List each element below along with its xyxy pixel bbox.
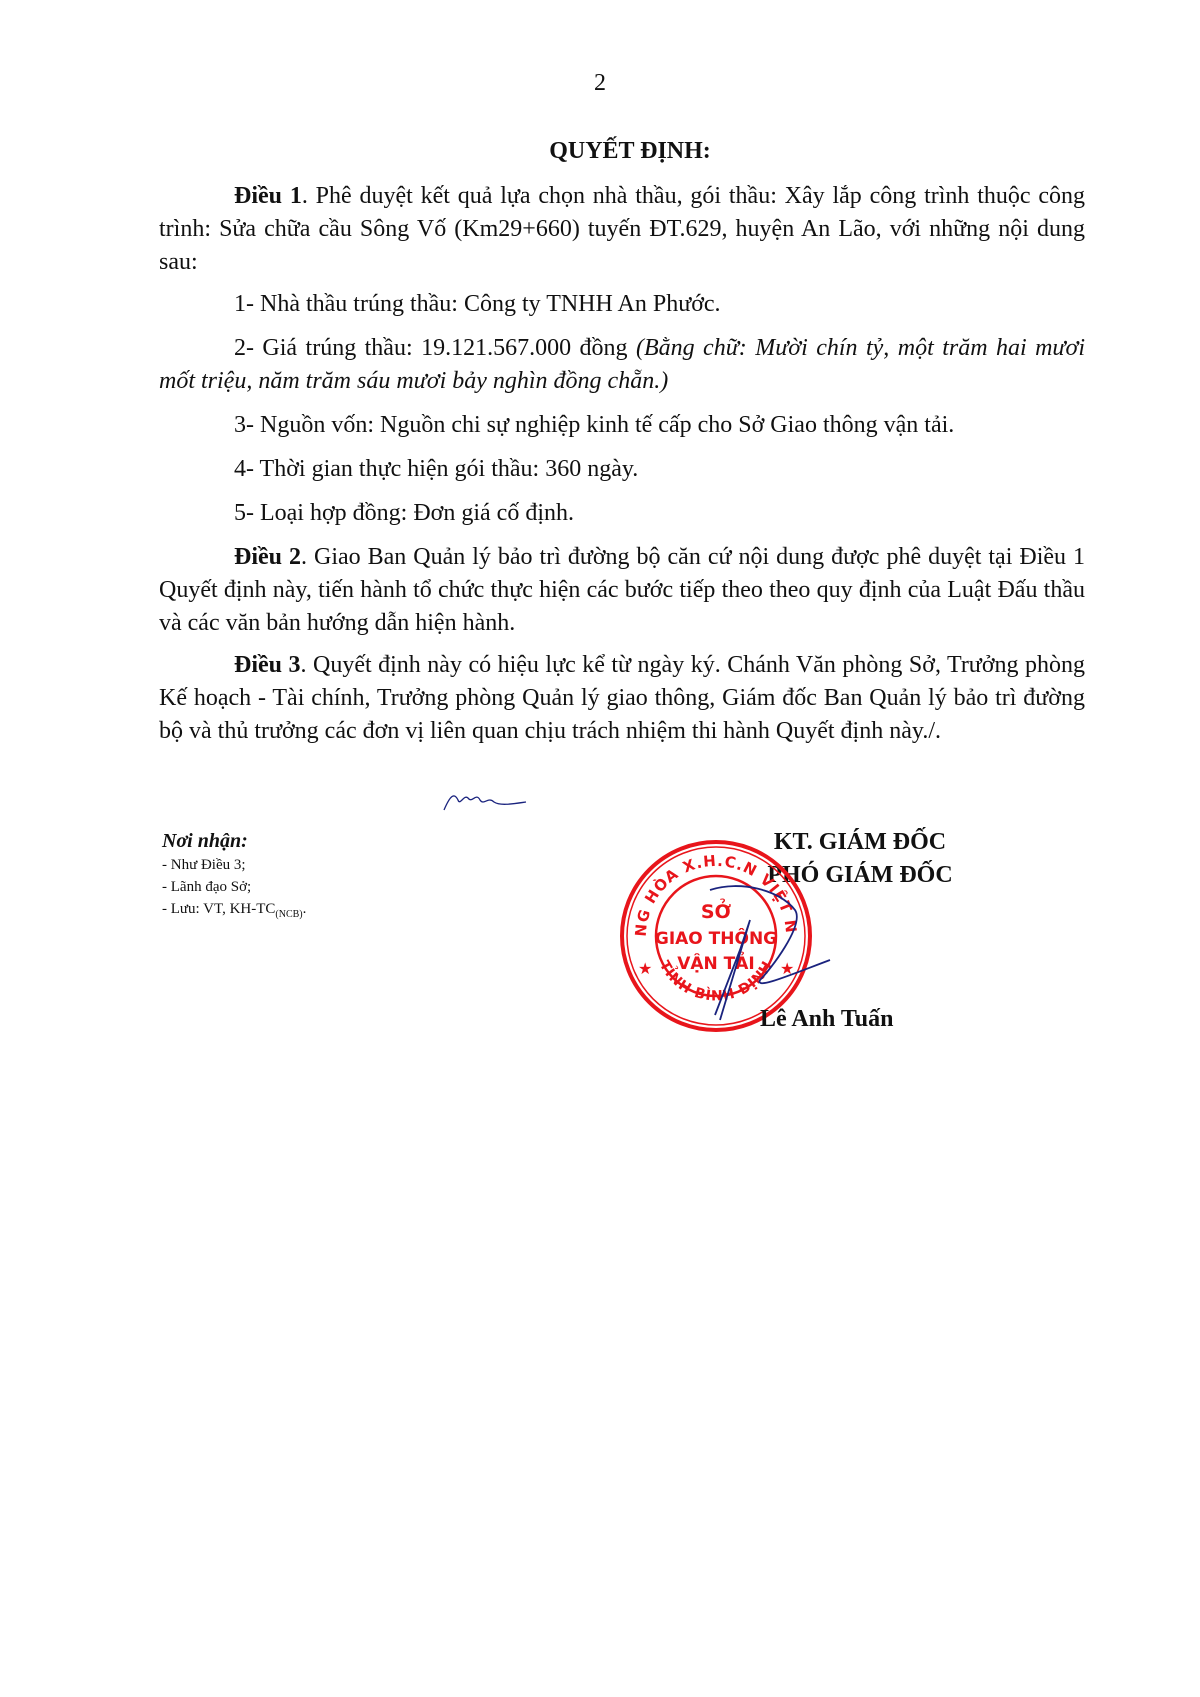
signer-name: Lê Anh Tuấn xyxy=(760,1006,893,1033)
item-5: 5- Loại hợp đồng: Đơn giá cố định. xyxy=(159,497,1085,530)
item-3: 3- Nguồn vốn: Nguồn chi sự nghiệp kinh t… xyxy=(159,409,1085,442)
page-number: 2 xyxy=(0,70,1200,97)
recipient-3-text: - Lưu: VT, KH-TC xyxy=(162,901,275,917)
recipient-3-suffix: . xyxy=(303,901,307,917)
item-2-text: 2- Giá trúng thầu: 19.121.567.000 đồng xyxy=(234,335,636,361)
article-3-label: Điều 3 xyxy=(234,652,301,678)
item-2: 2- Giá trúng thầu: 19.121.567.000 đồng (… xyxy=(159,332,1085,398)
initial-signature-icon xyxy=(440,786,530,816)
recipients-heading-colon: : xyxy=(241,830,248,852)
article-2: Điều 2. Giao Ban Quản lý bảo trì đường b… xyxy=(159,541,1085,640)
svg-text:★: ★ xyxy=(638,961,652,978)
recipients-block: Nơi nhận: - Như Điều 3; - Lãnh đạo Sở; -… xyxy=(162,828,306,926)
article-2-label: Điều 2 xyxy=(234,544,301,570)
item-4: 4- Thời gian thực hiện gói thầu: 360 ngà… xyxy=(159,453,1085,486)
recipients-heading-text: Nơi nhận xyxy=(162,830,241,852)
article-1-label: Điều 1 xyxy=(234,183,302,209)
recipient-3-sub: (NCB) xyxy=(275,909,302,920)
article-3: Điều 3. Quyết định này có hiệu lực kể từ… xyxy=(159,649,1085,748)
recipient-3: - Lưu: VT, KH-TC(NCB). xyxy=(162,898,306,926)
recipients-heading: Nơi nhận: xyxy=(162,828,306,854)
recipient-2: - Lãnh đạo Sở; xyxy=(162,876,306,898)
article-1: Điều 1. Phê duyệt kết quả lựa chọn nhà t… xyxy=(159,180,1085,279)
recipient-1: - Như Điều 3; xyxy=(162,854,306,876)
item-1: 1- Nhà thầu trúng thầu: Công ty TNHH An … xyxy=(159,288,1085,321)
decision-title: QUYẾT ĐỊNH: xyxy=(0,138,1200,165)
document-body: Điều 1. Phê duyệt kết quả lựa chọn nhà t… xyxy=(159,180,1085,757)
